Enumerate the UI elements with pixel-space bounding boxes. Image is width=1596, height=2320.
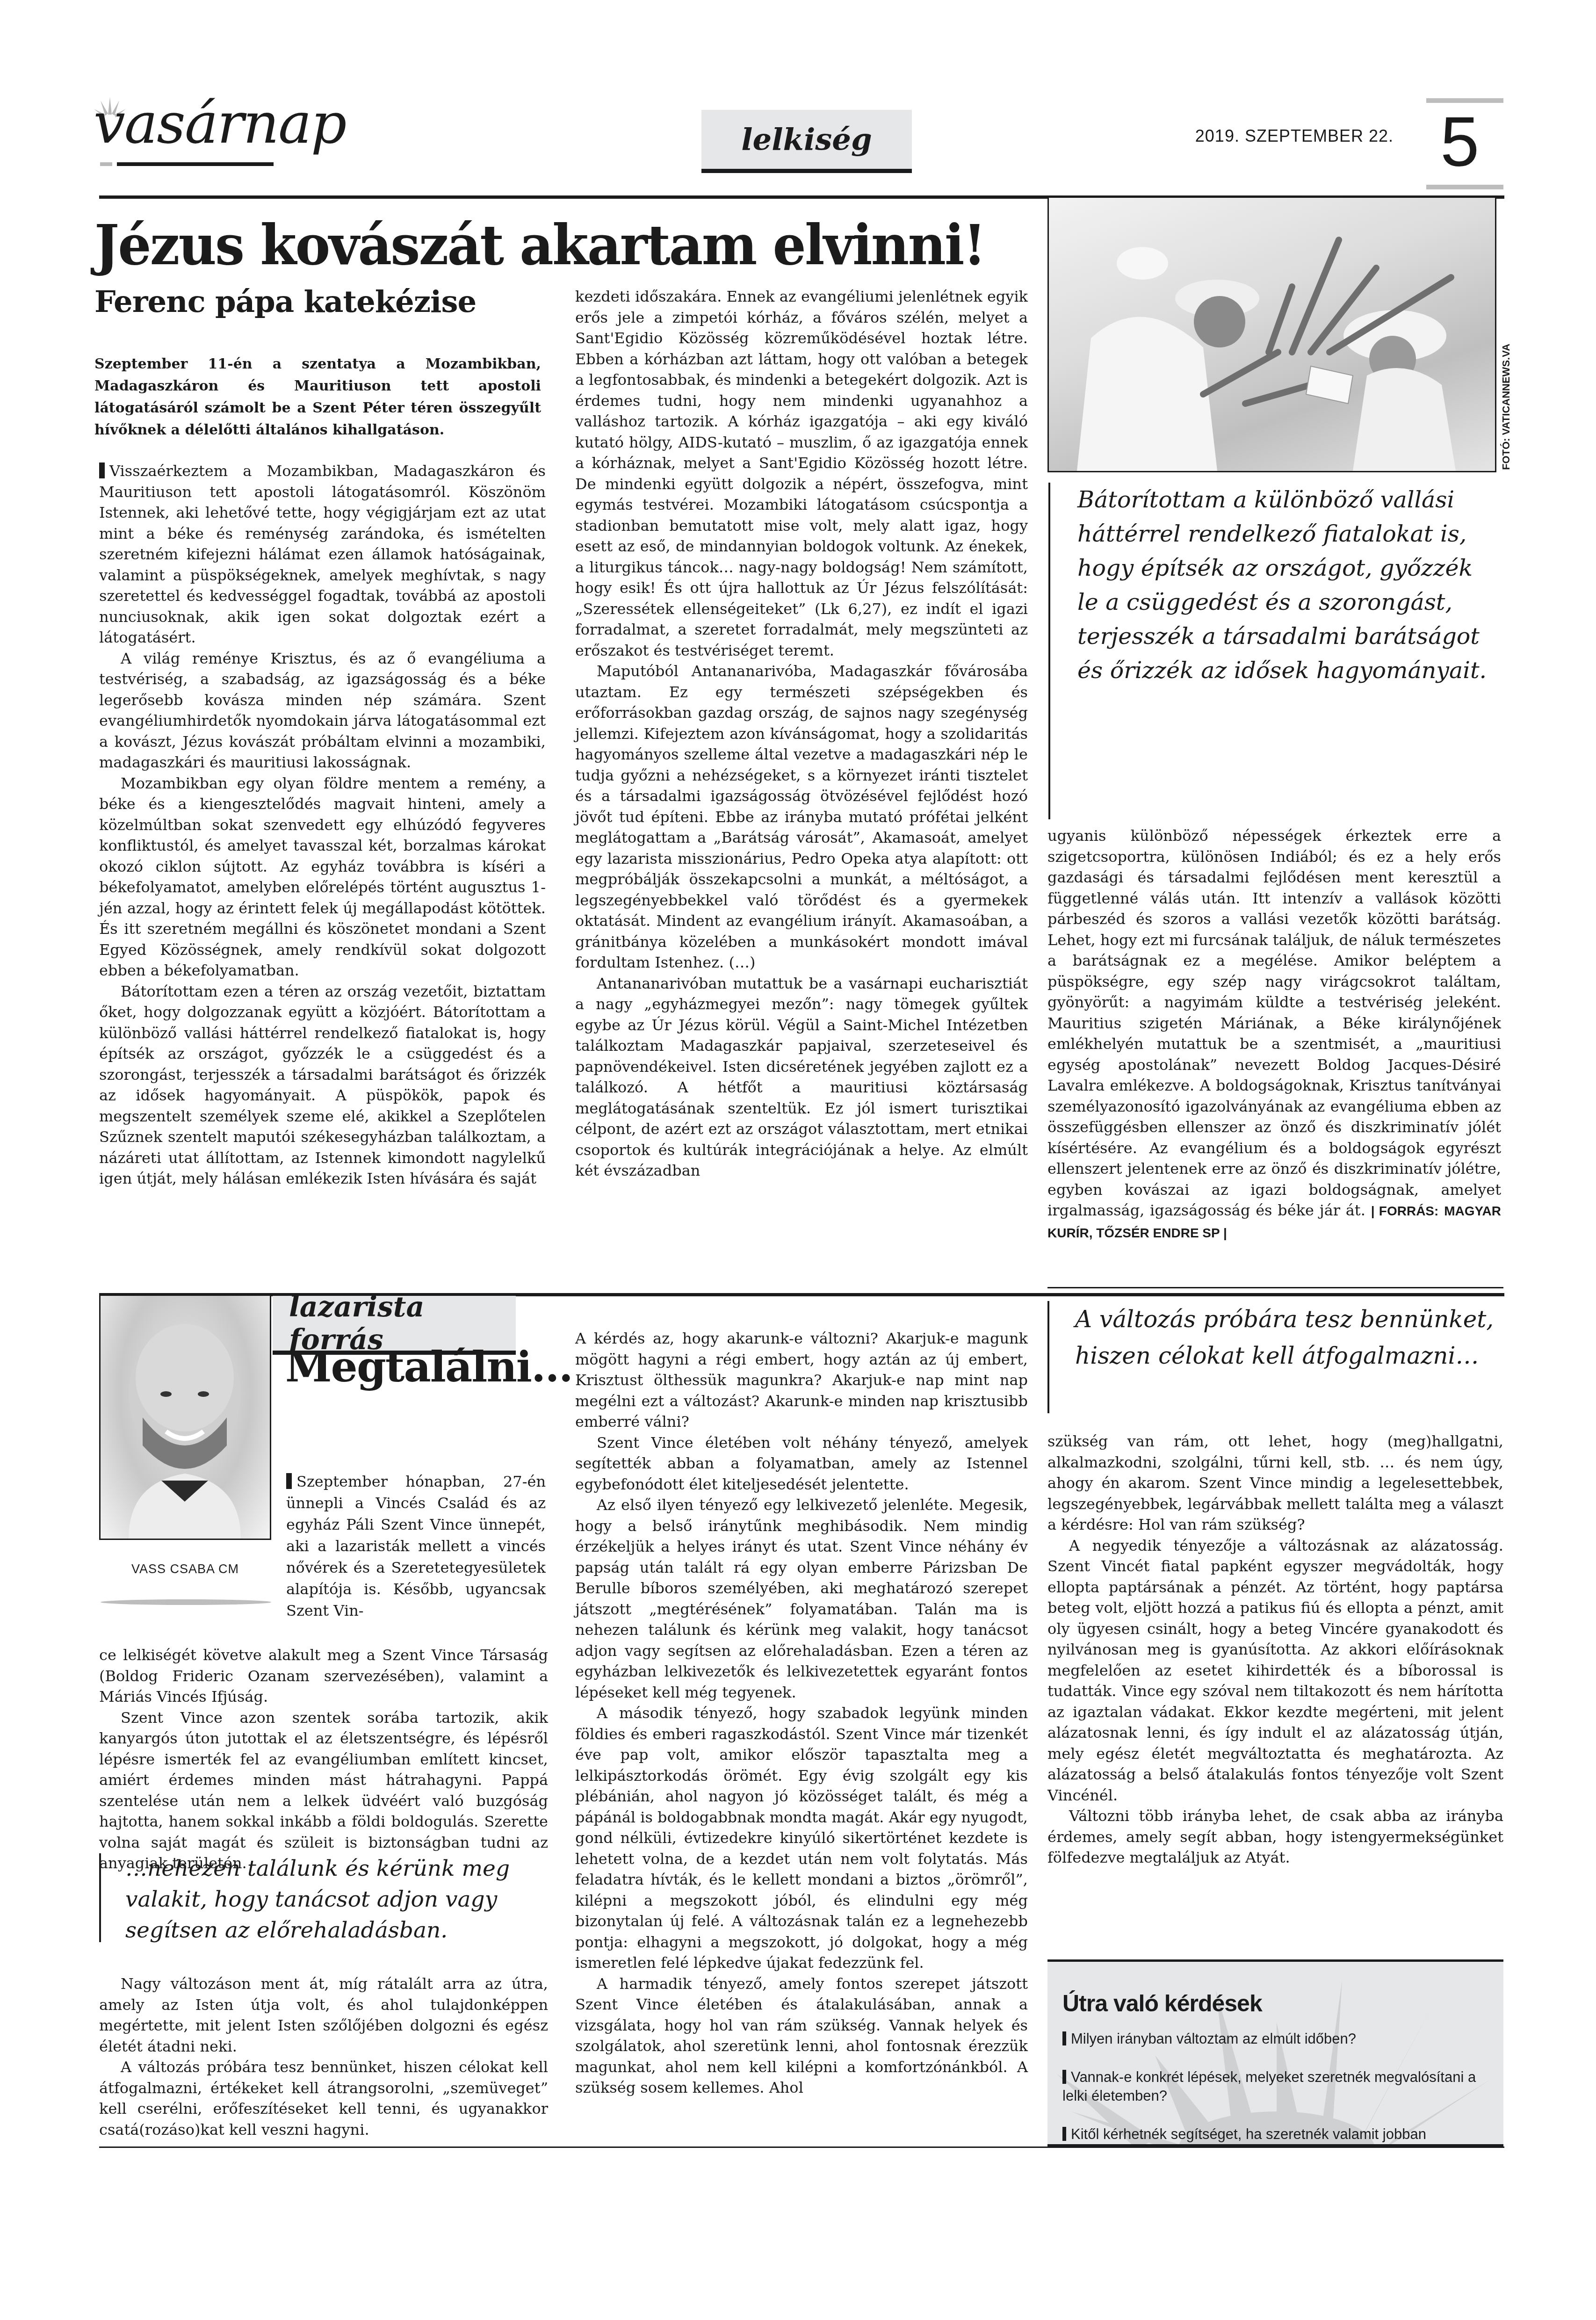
author-name: VASS CSABA CM <box>99 1562 271 1576</box>
column-title: Megtalálni… <box>285 1342 572 1392</box>
paragraph: Az első ilyen tényező egy lelkivezető je… <box>575 1495 1028 1703</box>
lazarista-column-2: A kérdés az, hogy akarunk-e változni? Ak… <box>575 1328 1028 2098</box>
newspaper-logo[interactable]: vasárnap <box>94 96 346 152</box>
bottom-rule <box>99 2147 1504 2148</box>
paragraph: A második tényező, hogy szabadok legyünk… <box>575 1703 1028 1973</box>
lazarista-column-1-continued: Nagy változáson ment át, míg rátalált ar… <box>99 1973 548 2140</box>
paragraph: A változás próbára tesz bennünket, hisze… <box>99 2057 548 2140</box>
paragraph: Visszaérkeztem a Mozambikban, Madagaszká… <box>99 461 546 648</box>
paragraph: Nagy változáson ment át, míg rátalált ar… <box>99 1973 548 2057</box>
article-headline: Jézus kovászát akartam elvinni! <box>94 216 985 274</box>
column-rule <box>1047 1287 1503 1288</box>
source-label: | FORRÁS: <box>1371 1204 1439 1218</box>
paragraph: A kérdés az, hogy akarunk-e változni? Ak… <box>575 1328 1028 1432</box>
photo-credit: FOTÓ: VATICANNEWS.VA <box>1500 344 1512 470</box>
lazarista-column-1: ce lelkiségét követve alakult meg a Szen… <box>99 1645 548 1874</box>
portrait-illustration <box>101 1296 270 1539</box>
paragraph: Változni több irányba lehet, de csak abb… <box>1047 1806 1503 1868</box>
issue-date: 2019. SZEPTEMBER 22. <box>1183 126 1394 146</box>
pull-quote-right: A változás próbára tesz bennünket, hisze… <box>1047 1301 1496 1413</box>
logo-underline-accent <box>100 162 112 166</box>
page-number: 5 <box>1440 107 1479 177</box>
author-portrait <box>99 1296 271 1540</box>
questions-box: Útra való kérdések Milyen irányban válto… <box>1047 1959 1503 2147</box>
lazarista-column-3: szükség van rám, ott lehet, hogy (meg)ha… <box>1047 1431 1503 1868</box>
paragraph: A negyedik tényezője a változásnak az al… <box>1047 1535 1503 1806</box>
paragraph-marker-icon <box>99 463 105 478</box>
article-column-1: Visszaérkeztem a Mozambikban, Madagaszká… <box>99 461 546 1189</box>
article-photo[interactable] <box>1047 196 1496 472</box>
bullet-icon <box>1062 2031 1066 2045</box>
section-tag-label: lelkiség <box>741 122 872 157</box>
article-subheadline: Ferenc pápa katekézise <box>94 284 476 319</box>
paragraph-marker-icon <box>286 1473 292 1489</box>
paragraph: Bátorítottam ezen a téren az ország veze… <box>99 981 546 1189</box>
caption-shadow <box>101 1599 271 1605</box>
paragraph: ce lelkiségét követve alakult meg a Szen… <box>99 1645 548 1707</box>
paragraph: ugyanis különböző népességek érkeztek er… <box>1047 825 1501 1243</box>
pull-quote-left: …nehezen találunk és kérünk meg valakit,… <box>99 1853 548 1942</box>
bullet-icon <box>1062 2070 1066 2084</box>
paragraph: Antananarivóban mutattuk be a vasárnapi … <box>575 973 1028 1181</box>
page-number-bottom-bar <box>1426 185 1503 189</box>
paragraph: Mozambikban egy olyan földre mentem a re… <box>99 773 546 981</box>
questions-title: Útra való kérdések <box>1062 1990 1262 2017</box>
bullet-icon <box>1062 2127 1066 2141</box>
photo-crowd-illustration <box>1049 198 1495 471</box>
logo-underline <box>117 162 274 166</box>
column-intro: Szeptember hónapban, 27-én ünnepli a Vin… <box>286 1471 546 1621</box>
paragraph: szükség van rám, ott lehet, hogy (meg)ha… <box>1047 1431 1503 1535</box>
pull-quote: Bátorítottam a különböző vallási háttérr… <box>1048 483 1497 819</box>
paragraph: Maputóból Antananarivóba, Madagaszkár fő… <box>575 661 1028 973</box>
paragraph: Szent Vince azon szentek sorába tartozik… <box>99 1707 548 1874</box>
question-item: Kitől kérhetnék segítséget, ha szeretnék… <box>1062 2125 1493 2147</box>
paragraph: A harmadik tényező, amely fontos szerepe… <box>575 1973 1028 2098</box>
section-tag: lelkiség <box>701 110 912 173</box>
article-column-3: ugyanis különböző népességek érkeztek er… <box>1047 825 1501 1243</box>
paragraph: A világ reménye Krisztus, és az ő evangé… <box>99 648 546 773</box>
paragraph: kezdeti időszakára. Ennek az evangéliumi… <box>575 286 1028 661</box>
questions-list: Milyen irányban változtam az elmúlt időb… <box>1062 2030 1493 2147</box>
question-item: Vannak-e konkrét lépések, melyeket szere… <box>1062 2068 1493 2105</box>
question-item: Milyen irányban változtam az elmúlt időb… <box>1062 2030 1493 2048</box>
article-lead: Szeptember 11-én a szentatya a Mozambikb… <box>94 353 541 441</box>
page-number-box: 5 <box>1426 98 1503 189</box>
article-column-2: kezdeti időszakára. Ennek az evangéliumi… <box>575 286 1028 1181</box>
paragraph: Szent Vince életében volt néhány tényező… <box>575 1432 1028 1495</box>
